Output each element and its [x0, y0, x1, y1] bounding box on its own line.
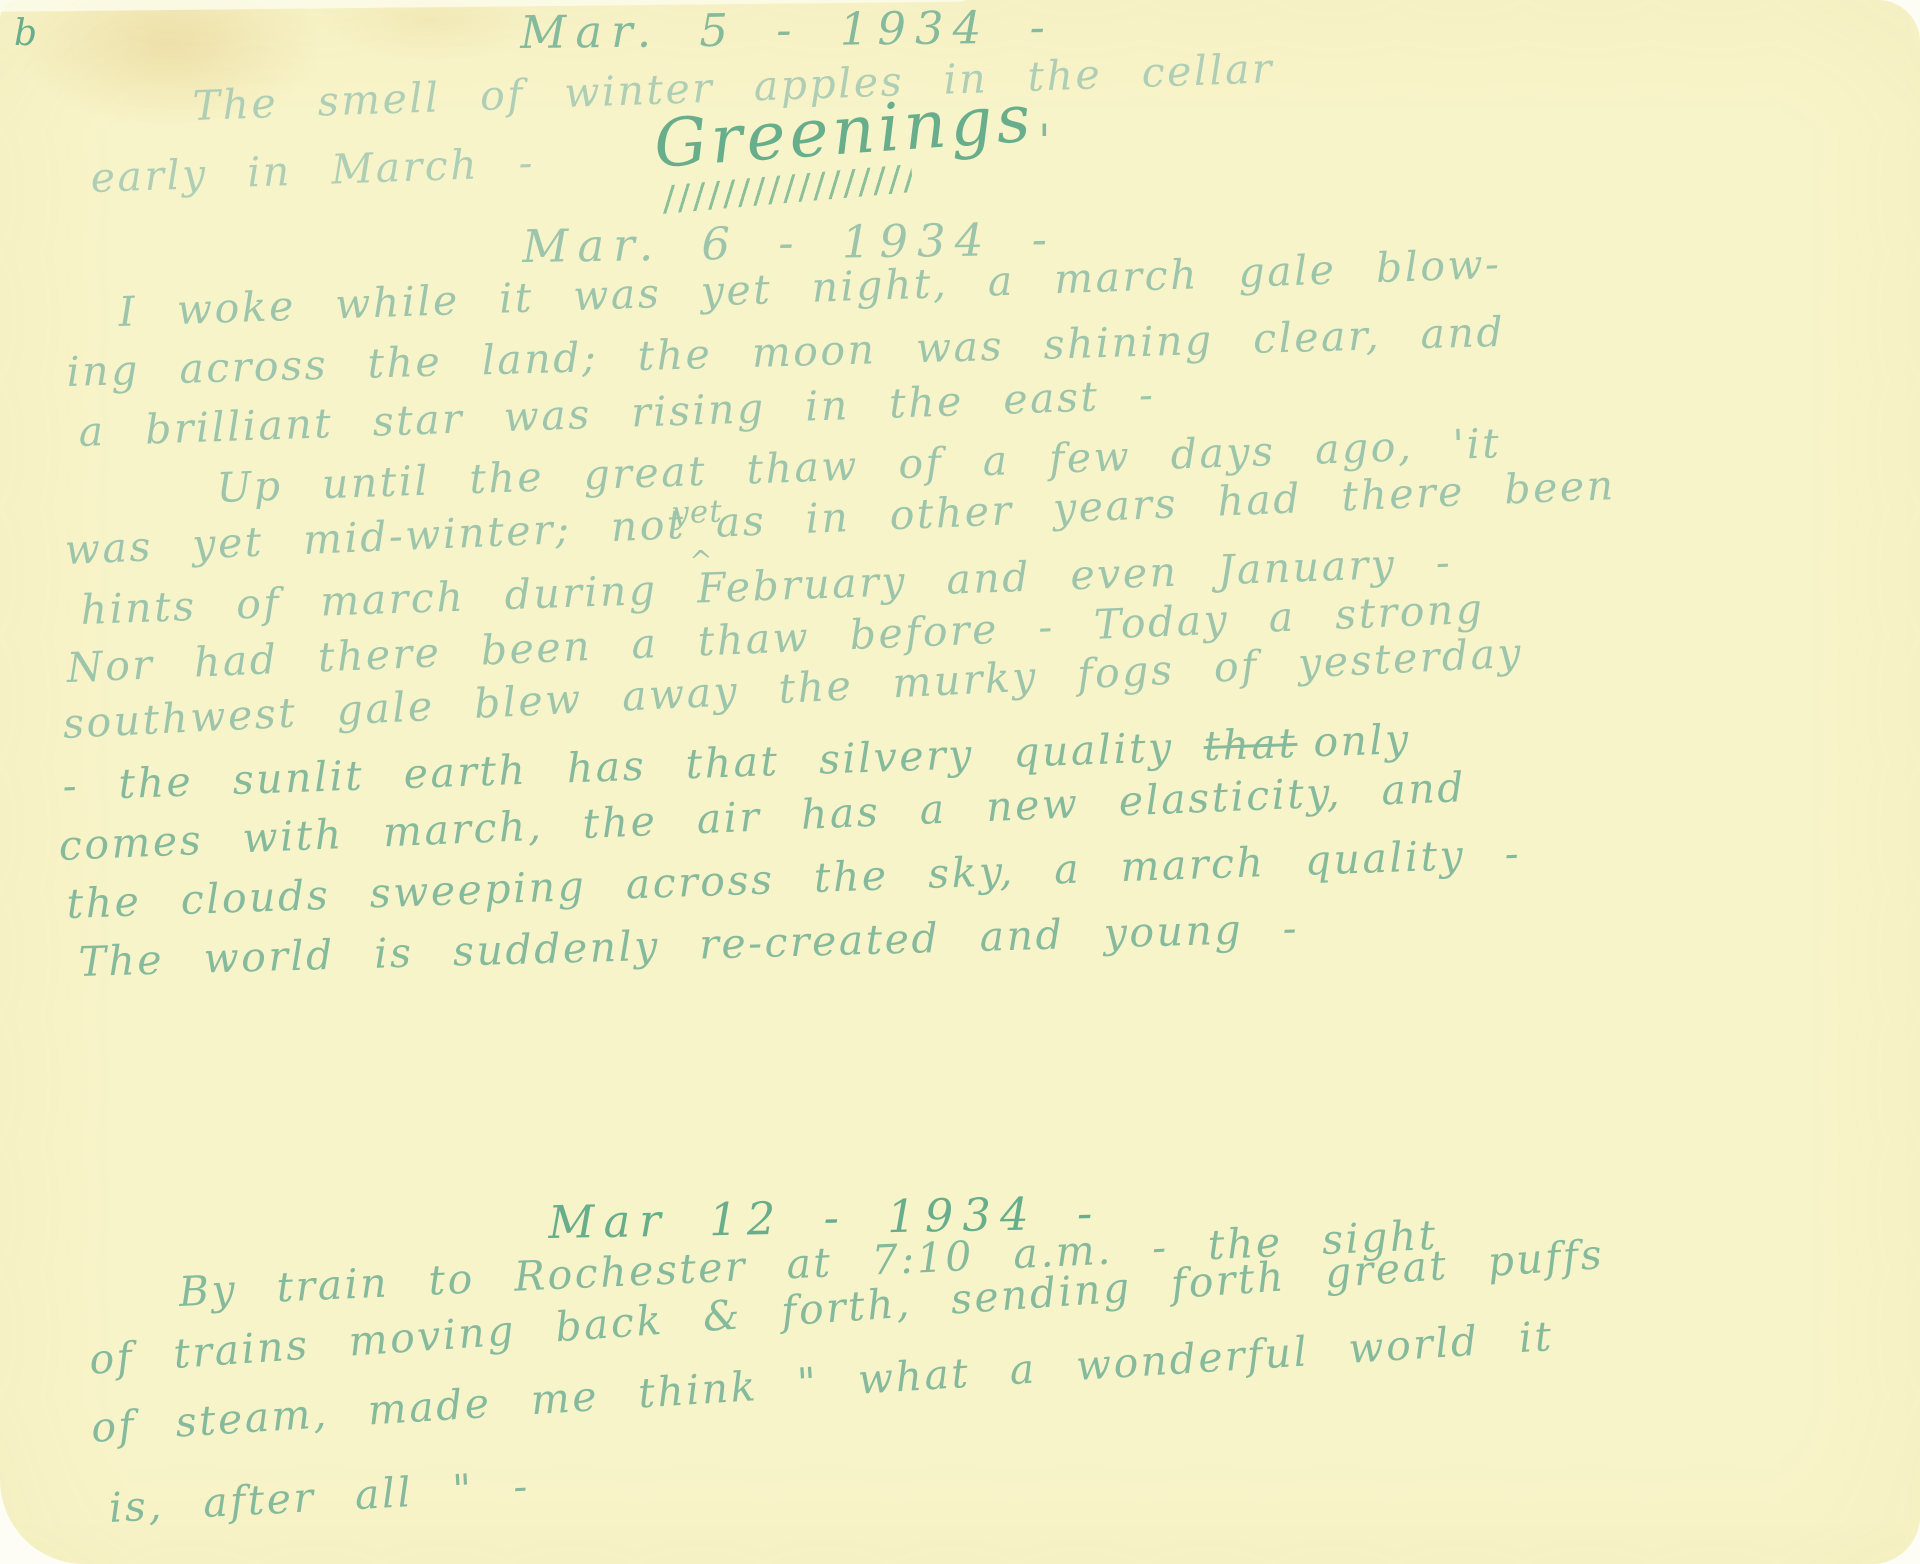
line-text-after: only [1312, 715, 1411, 766]
quote-mark: ' [1038, 118, 1053, 164]
entry-date-heading: Mar. 5 - 1934 - [520, 4, 1054, 55]
page-marker: b [14, 16, 37, 52]
journal-page: b Mar. 5 - 1934 - The smell of winter ap… [0, 0, 1920, 1564]
inserted-word: yet^ [686, 537, 716, 538]
struck-word: that [1203, 719, 1298, 770]
insertion-text: yet [671, 496, 724, 529]
